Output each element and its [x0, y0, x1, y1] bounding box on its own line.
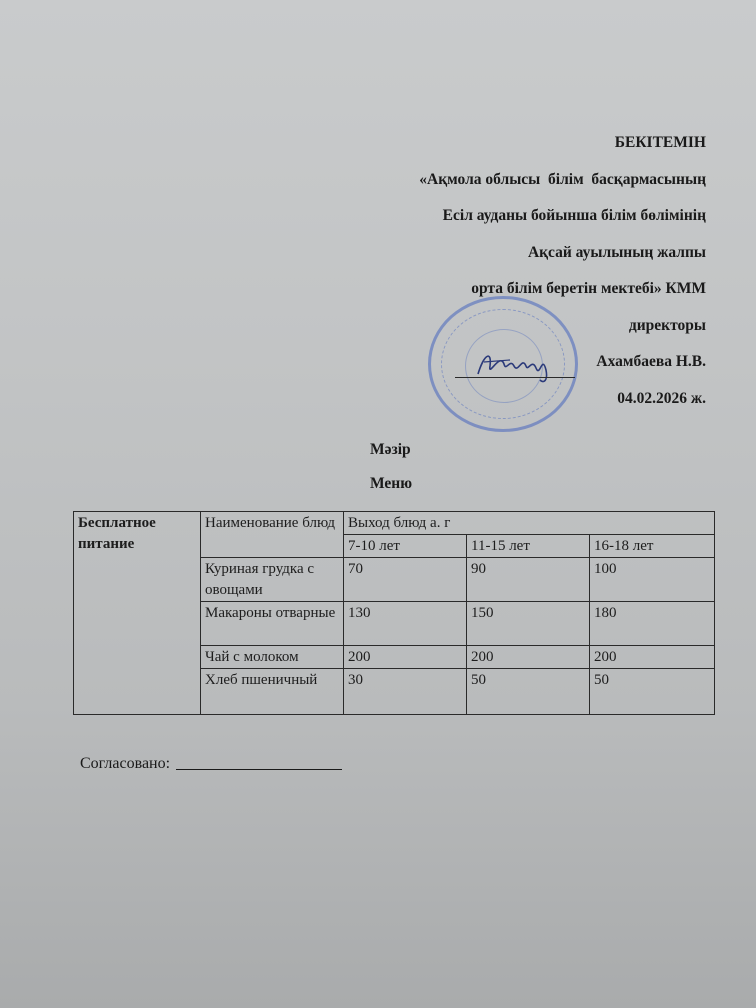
agreed-label: Согласовано:: [80, 755, 170, 772]
yield-value: 200: [590, 646, 715, 669]
yield-value: 90: [467, 558, 590, 602]
signature-line: [455, 377, 575, 378]
agreed-signature-blank: [176, 755, 342, 770]
dish-name: Чай с молоком: [201, 646, 344, 669]
menu-table: Бесплатное питание Наименование блюд Вых…: [73, 511, 715, 715]
yield-value: 200: [344, 646, 467, 669]
yield-value: 50: [467, 669, 590, 715]
yield-value: 200: [467, 646, 590, 669]
age-group-header: 7-10 лет: [344, 535, 467, 558]
signature-icon: [470, 344, 570, 384]
approval-heading: БЕКІТЕМІН: [419, 128, 706, 165]
approval-org-line-4: орта білім беретін мектебі» КММ: [419, 274, 706, 311]
menu-title-kz: Мәзір: [370, 441, 411, 459]
yield-value: 50: [590, 669, 715, 715]
free-meal-label: Бесплатное питание: [74, 512, 201, 715]
approval-org-line-3: Ақсай ауылының жалпы: [419, 238, 706, 275]
approval-org-line-2: Есіл ауданы бойынша білім бөлімінің: [419, 201, 706, 238]
age-group-header: 16-18 лет: [590, 535, 715, 558]
yield-value: 180: [590, 602, 715, 646]
dish-header: Наименование блюд: [201, 512, 344, 558]
dish-name: Куриная грудка с овощами: [201, 558, 344, 602]
dish-name: Макароны отварные: [201, 602, 344, 646]
dish-name: Хлеб пшеничный: [201, 669, 344, 715]
age-group-header: 11-15 лет: [467, 535, 590, 558]
yield-value: 30: [344, 669, 467, 715]
yield-value: 70: [344, 558, 467, 602]
menu-title-ru: Меню: [370, 475, 412, 493]
yield-header: Выход блюд а. г: [344, 512, 715, 535]
approval-org-line-1: «Ақмола облысы білім басқармасының: [419, 165, 706, 202]
yield-value: 100: [590, 558, 715, 602]
yield-value: 130: [344, 602, 467, 646]
agreed-block: Согласовано:: [80, 755, 342, 773]
yield-value: 150: [467, 602, 590, 646]
